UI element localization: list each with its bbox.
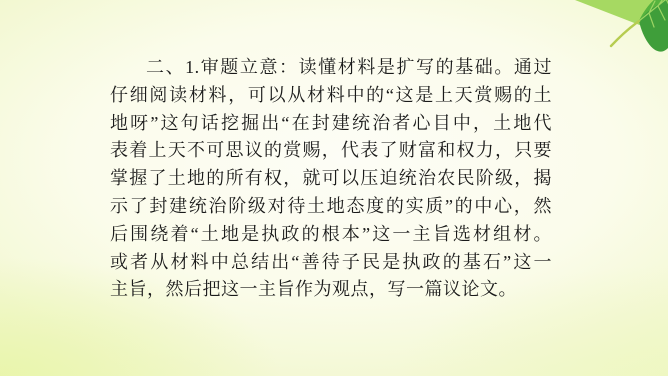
text-line: 仔细阅读材料，可以从材料中的“这是上天赏赐的土 (110, 82, 552, 110)
text-line: 示了封建统治阶级对待土地态度的实质”的中心，然 (110, 193, 552, 221)
leaf-icon (553, 0, 668, 85)
text-line: 地呀”这句话挖掘出“在封建统治者心目中，土地代 (110, 110, 552, 138)
text-line: 表着上天不可思议的赏赐，代表了财富和权力，只要 (110, 137, 552, 165)
leaf-stem (611, 21, 639, 46)
text-line: 二、1.审题立意：读懂材料是扩写的基础。通过 (110, 54, 552, 82)
text-line: 主旨，然后把这一主旨作为观点，写一篇议论文。 (110, 276, 552, 304)
slide-body-text: 二、1.审题立意：读懂材料是扩写的基础。通过仔细阅读材料，可以从材料中的“这是上… (110, 54, 552, 304)
slide: 二、1.审题立意：读懂材料是扩写的基础。通过仔细阅读材料，可以从材料中的“这是上… (0, 0, 668, 376)
text-line: 后围绕着“土地是执政的根本”这一主旨选材组材。 (110, 221, 552, 249)
text-line: 掌握了土地的所有权，就可以压迫统治农民阶级，揭 (110, 165, 552, 193)
text-line: 或者从材料中总结出“善待子民是执政的基石”这一 (110, 249, 552, 277)
